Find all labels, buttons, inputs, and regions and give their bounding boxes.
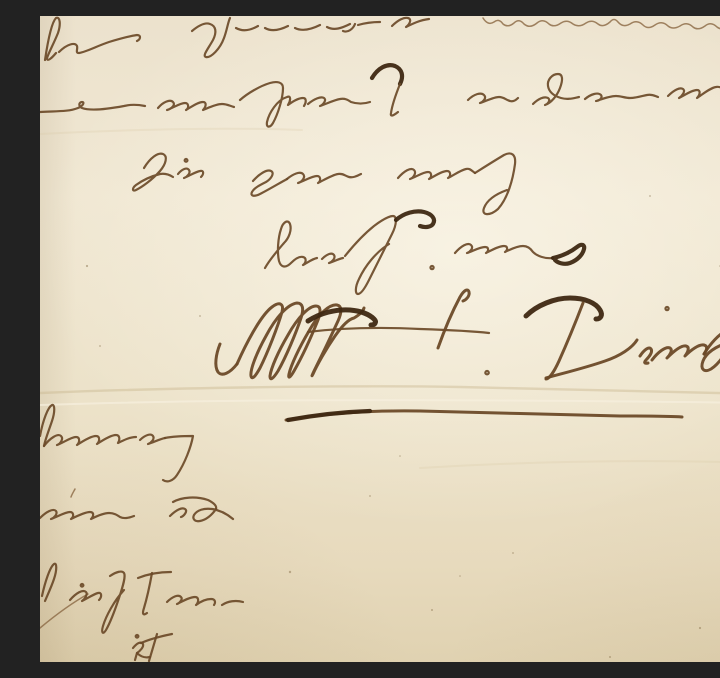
letter-photograph: Cursive handwriting, cropped at the imag… [40, 16, 720, 662]
handwriting-closing-line-1 [133, 153, 515, 214]
signature-underline [286, 411, 682, 420]
handwriting-body-line-1 [45, 18, 720, 60]
handwriting-address-line-1 [40, 405, 193, 481]
handwriting-closing-line-2 [265, 211, 584, 294]
handwriting-body-line-2 [40, 65, 720, 126]
handwriting-layer [40, 16, 720, 662]
handwriting-address-line-3 [40, 564, 243, 633]
handwriting-address-line-4 [133, 634, 172, 661]
handwriting-signature [216, 290, 720, 379]
paper-specks [86, 195, 720, 658]
handwriting-address-line-2 [40, 489, 233, 521]
